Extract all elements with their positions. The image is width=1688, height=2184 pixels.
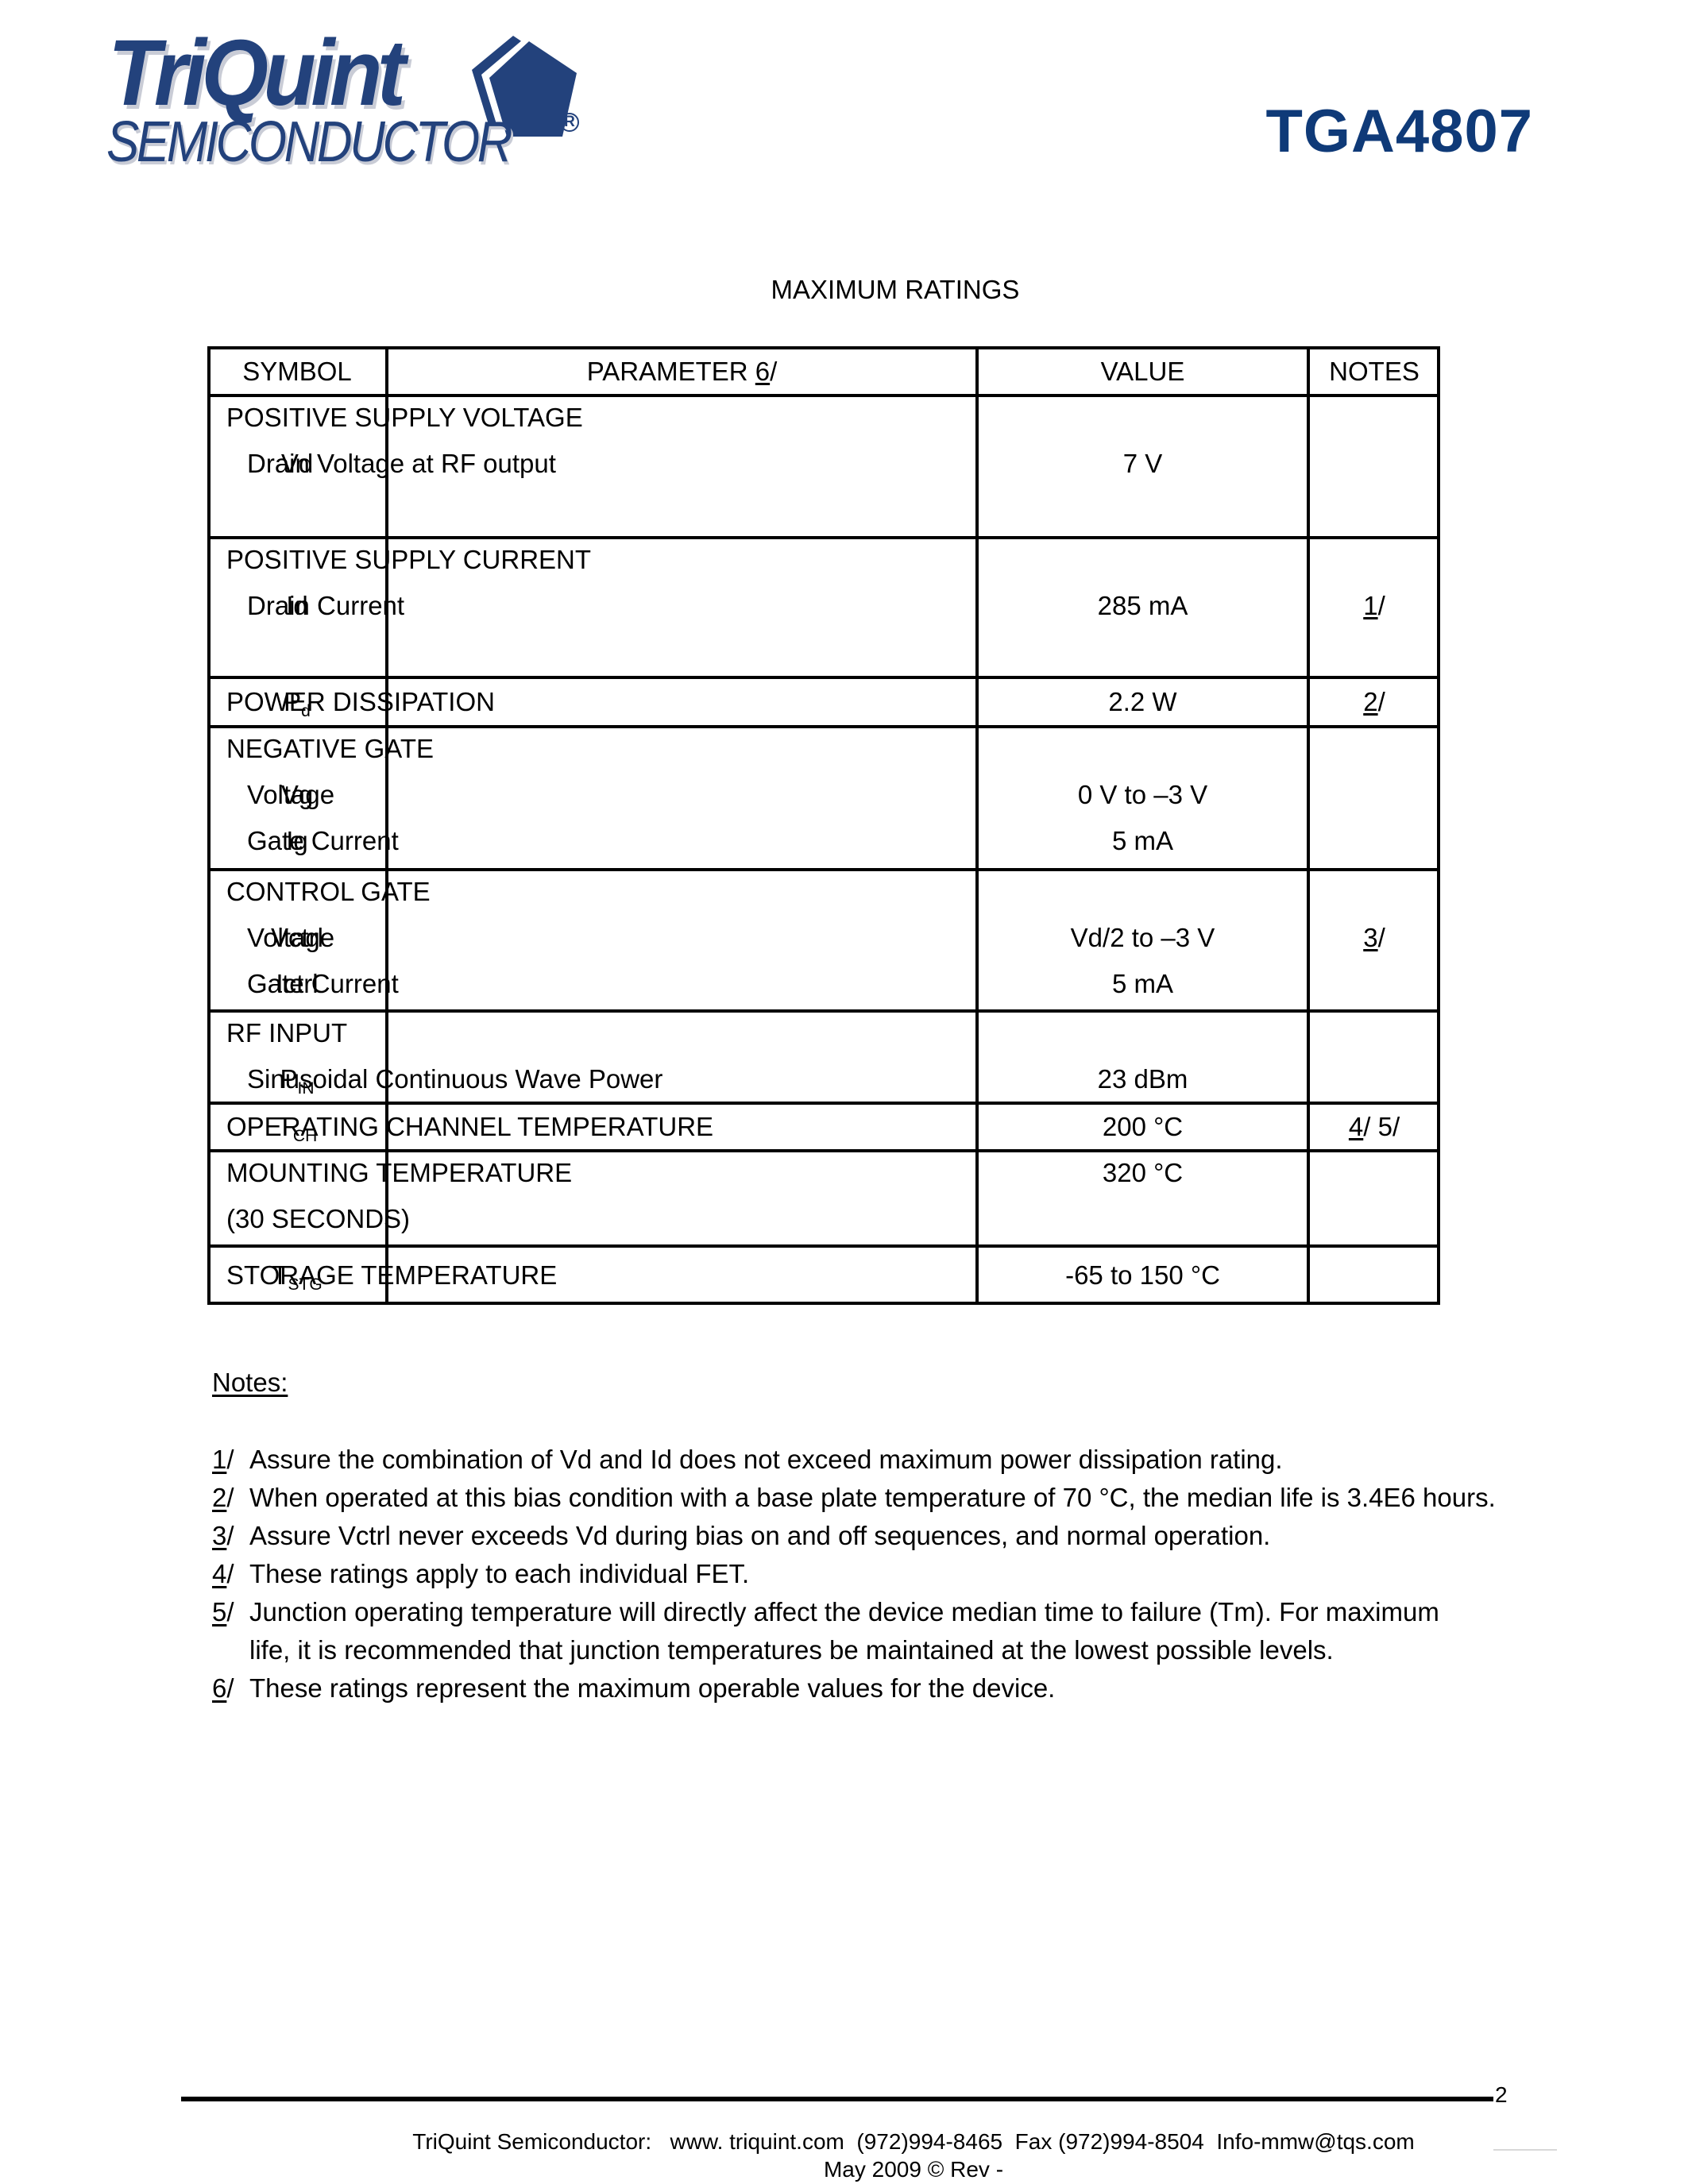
- note-item: 1/Assure the combination of Vd and Id do…: [212, 1445, 1283, 1474]
- column-header-symbol: SYMBOL: [207, 357, 387, 386]
- note-number: 5/: [212, 1598, 249, 1626]
- value-cell: 285 mA: [977, 592, 1308, 620]
- note-text: Assure the combination of Vd and Id does…: [249, 1445, 1283, 1474]
- logo-subtitle: SEMICONDUCTOR: [106, 110, 510, 175]
- parameter-heading: POSITIVE SUPPLY VOLTAGE: [226, 403, 583, 432]
- parameter-cell: Drain Current: [247, 592, 404, 620]
- note-number: 4/: [212, 1560, 249, 1588]
- table-rule: [207, 536, 1440, 539]
- parameter-cell: OPERATING CHANNEL TEMPERATURE: [226, 1113, 713, 1141]
- value-cell: 5 mA: [977, 827, 1308, 855]
- note-text: These ratings apply to each individual F…: [249, 1559, 749, 1588]
- value-cell: 0 V to –3 V: [977, 781, 1308, 809]
- parameter-cell: (30 SECONDS): [226, 1205, 410, 1233]
- registered-mark-icon: R: [560, 113, 579, 132]
- note-number-slash: /: [226, 1673, 234, 1703]
- table-column-rule: [1437, 348, 1440, 1305]
- notes-cell: 2/: [1308, 688, 1440, 716]
- company-logo: TriQuint R SEMICONDUCTOR: [105, 24, 581, 175]
- table-rule: [207, 1149, 1440, 1152]
- note-number-digit: 3: [212, 1521, 226, 1550]
- note-number-slash: /: [226, 1521, 234, 1550]
- table-rule: [207, 1102, 1440, 1105]
- parameter-heading: MOUNTING TEMPERATURE: [226, 1159, 572, 1187]
- footer-date: May 2009 © Rev -: [0, 2157, 1688, 2182]
- note-number-slash: /: [226, 1445, 234, 1474]
- note-text: Junction operating temperature will dire…: [249, 1597, 1439, 1626]
- note-item: 5/Junction operating temperature will di…: [212, 1598, 1439, 1626]
- parameter-cell: Voltage: [247, 924, 334, 952]
- page-number: 2: [1495, 2082, 1508, 2108]
- table-rule: [207, 346, 1440, 349]
- note-reference: 6: [755, 357, 770, 386]
- note-number-digit: 4: [212, 1559, 226, 1588]
- note-text: Assure Vctrl never exceeds Vd during bia…: [249, 1521, 1270, 1550]
- value-cell: Vd/2 to –3 V: [977, 924, 1308, 952]
- note-number: 3/: [212, 1522, 249, 1550]
- parameter-heading: NEGATIVE GATE: [226, 735, 434, 763]
- column-header-label: SYMBOL: [242, 357, 352, 386]
- note-number-digit: 2: [212, 1483, 226, 1512]
- note-reference-rest: / 5/: [1363, 1112, 1400, 1141]
- column-header-label: PARAMETER: [587, 357, 755, 386]
- note-reference-suffix: /: [770, 357, 777, 386]
- table-rule: [207, 868, 1440, 871]
- note-number-slash: /: [226, 1483, 234, 1512]
- notes-cell: 4/ 5/: [1308, 1113, 1440, 1141]
- parameter-cell: Sinusoidal Continuous Wave Power: [247, 1065, 662, 1094]
- column-header-value: VALUE: [977, 357, 1308, 386]
- part-number-title: TGA4807: [1263, 97, 1533, 166]
- column-header-label: NOTES: [1329, 357, 1420, 386]
- footer-watermark: [1493, 2149, 1557, 2151]
- note-text: These ratings represent the maximum oper…: [249, 1673, 1055, 1703]
- value-cell: -65 to 150 °C: [977, 1261, 1308, 1290]
- parameter-cell: Gate Current: [247, 970, 399, 998]
- parameter-cell: Drain Voltage at RF output: [247, 450, 556, 478]
- notes-cell: 1/: [1308, 592, 1440, 620]
- value-cell: 320 °C: [977, 1159, 1308, 1187]
- parameter-cell: Gate Current: [247, 827, 399, 855]
- note-reference-suffix: /: [1378, 591, 1385, 620]
- note-number: 6/: [212, 1674, 249, 1703]
- column-header-parameter: PARAMETER 6/: [387, 357, 977, 386]
- value-cell: 23 dBm: [977, 1065, 1308, 1094]
- table-rule: [207, 1244, 1440, 1248]
- value-cell: 200 °C: [977, 1113, 1308, 1141]
- table-rule: [207, 1302, 1440, 1305]
- note-item: 4/These ratings apply to each individual…: [212, 1560, 749, 1588]
- table-rule: [207, 394, 1440, 397]
- note-number-digit: 1: [212, 1445, 226, 1474]
- note-text: When operated at this bias condition wit…: [249, 1483, 1496, 1512]
- footer-divider: [181, 2097, 1493, 2101]
- value-cell: 7 V: [977, 450, 1308, 478]
- value-cell: 5 mA: [977, 970, 1308, 998]
- note-number-slash: /: [226, 1559, 234, 1588]
- note-reference-suffix: /: [1378, 923, 1385, 952]
- parameter-heading: CONTROL GATE: [226, 878, 431, 906]
- note-number-digit: 5: [212, 1597, 226, 1626]
- value-cell: 2.2 W: [977, 688, 1308, 716]
- note-reference[interactable]: 4: [1349, 1112, 1363, 1141]
- column-header-label: VALUE: [1101, 357, 1185, 386]
- footer-contact: TriQuint Semiconductor: www. triquint.co…: [0, 2129, 1688, 2155]
- note-text-continuation: life, it is recommended that junction te…: [249, 1636, 1334, 1665]
- note-reference[interactable]: 2: [1363, 687, 1377, 716]
- note-number: 1/: [212, 1445, 249, 1474]
- column-header-notes: NOTES: [1308, 357, 1440, 386]
- note-number-digit: 6: [212, 1673, 226, 1703]
- notes-heading: Notes:: [212, 1368, 288, 1398]
- maximum-ratings-table: SYMBOLPARAMETER 6/VALUENOTESPOSITIVE SUP…: [207, 348, 1440, 1305]
- parameter-cell: POWER DISSIPATION: [226, 688, 495, 716]
- table-rule: [207, 676, 1440, 679]
- note-item: 6/These ratings represent the maximum op…: [212, 1674, 1055, 1703]
- parameter-cell: Voltage: [247, 781, 334, 809]
- note-number-slash: /: [226, 1597, 234, 1626]
- parameter-heading: POSITIVE SUPPLY CURRENT: [226, 546, 591, 574]
- note-reference[interactable]: 1: [1363, 591, 1377, 620]
- note-reference[interactable]: 3: [1363, 923, 1377, 952]
- note-item: 3/Assure Vctrl never exceeds Vd during b…: [212, 1522, 1270, 1550]
- section-title: MAXIMUM RATINGS: [0, 275, 1688, 305]
- table-rule: [207, 1009, 1440, 1013]
- notes-cell: 3/: [1308, 924, 1440, 952]
- note-number: 2/: [212, 1484, 249, 1512]
- parameter-cell: STORAGE TEMPERATURE: [226, 1261, 557, 1290]
- note-reference-suffix: /: [1378, 687, 1385, 716]
- note-item: 2/When operated at this bias condition w…: [212, 1484, 1496, 1512]
- parameter-heading: RF INPUT: [226, 1019, 347, 1048]
- table-rule: [207, 725, 1440, 728]
